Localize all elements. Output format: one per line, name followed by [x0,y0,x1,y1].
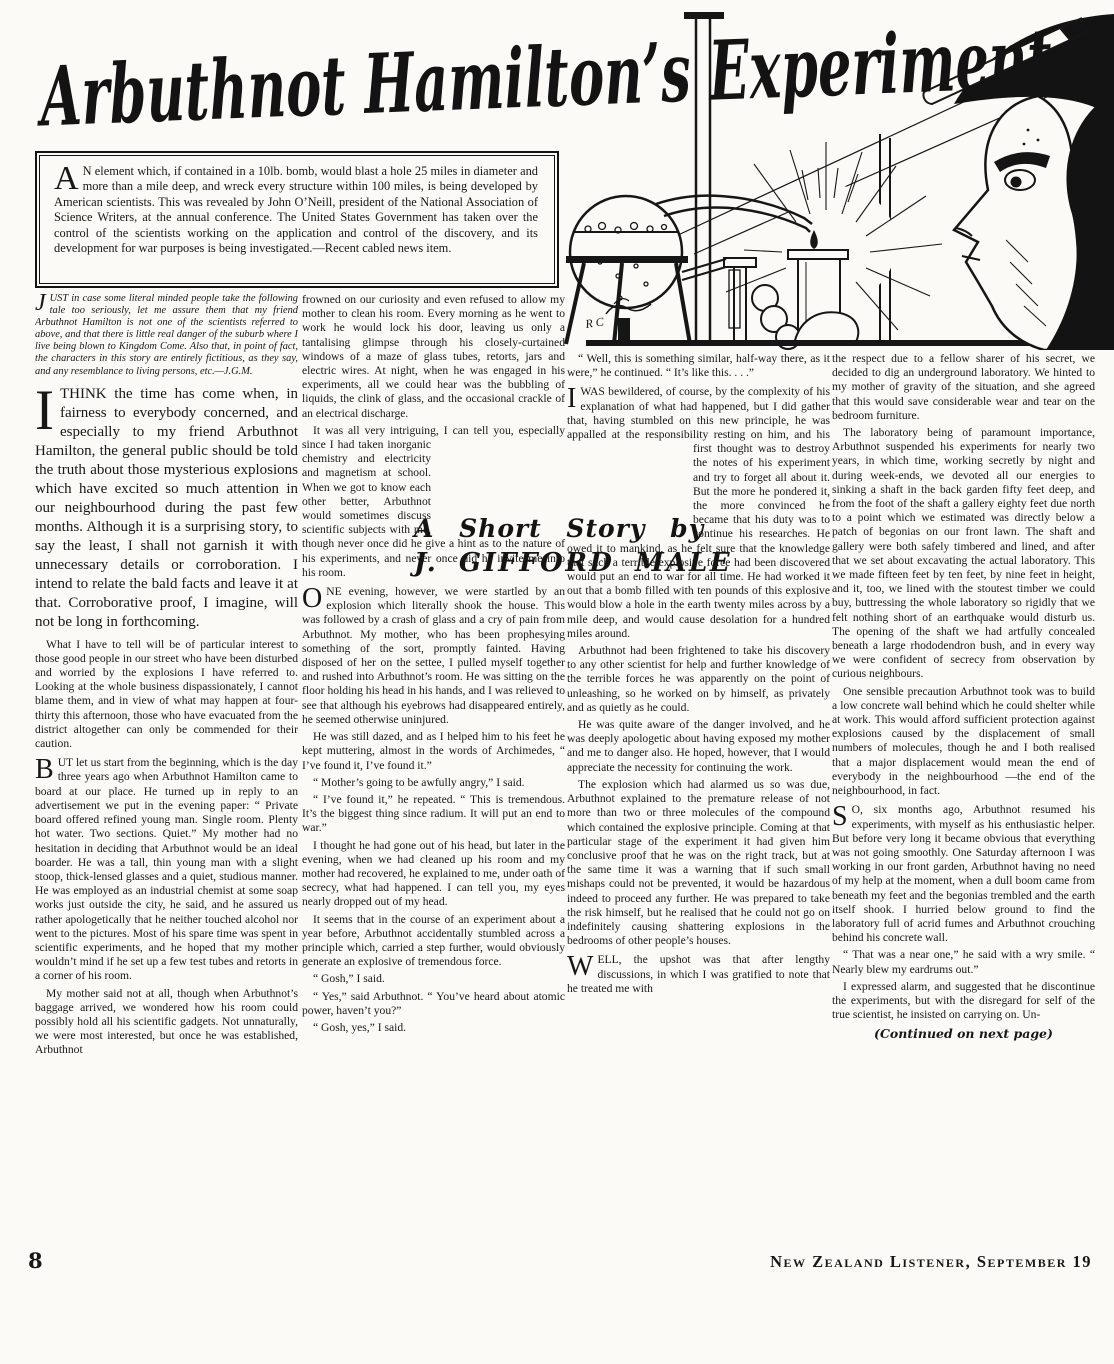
story-paragraph: “ Mother’s going to be awfully angry,” I… [302,776,565,790]
story-paragraph: “ Yes,” said Arbuthnot. “ You’ve heard a… [302,990,565,1018]
byline: A Short Story by J. GIFFORD MALE [414,514,724,578]
story-paragraph: It seems that in the course of an experi… [302,913,565,970]
story-paragraph: One sensible precaution Arbuthnot took w… [832,685,1095,799]
page-number: 8 [28,1248,43,1273]
story-paragraph: I expressed alarm, and suggested that he… [832,980,1095,1023]
magazine-page: { "page": { "title": "Arbuthnot Hamilton… [0,0,1114,1364]
news-dropcap: A [54,164,83,192]
text-wrap-spacer [431,438,565,526]
news-excerpt-box: AN element which, if contained in a 10lb… [35,151,559,288]
story-paragraph: He was quite aware of the danger involve… [567,718,830,775]
story-paragraph: frowned on our curiosity and even refuse… [302,293,565,421]
editor-note: JUST in case some literal minded people … [35,293,298,378]
story-paragraph: My mother said not at all, though when A… [35,987,298,1058]
story-paragraph: I thought he had gone out of his head, b… [302,839,565,910]
continued-note: (Continued on next page) [832,1027,1095,1041]
story-paragraph: “ Gosh, yes,” I said. [302,1021,565,1035]
ground-line [586,340,1038,346]
story-paragraph: “ I’ve found it,” he repeated. “ This is… [302,793,565,836]
story-paragraph: He was still dazed, and as I helped him … [302,730,565,773]
laboratory-illustration: R C [558,0,1114,350]
story-paragraph: “ That was a near one,” he said with a w… [832,948,1095,976]
story-paragraph: ONE evening, however, we were startled b… [302,585,565,727]
section-dropcap: W [567,953,597,978]
paragraph-text: NE evening, however, we were startled by… [302,585,565,726]
lead-dropcap: I [35,385,60,434]
intro-dropcap: J [35,293,50,313]
byline-author: J. GIFFORD MALE [414,548,724,578]
text-column-2: frowned on our curiosity and even refuse… [302,293,565,1250]
story-paragraph: The explosion which had alarmed us so wa… [567,778,830,948]
editor-note-text: UST in case some literal minded people t… [35,293,298,377]
section-dropcap: O [302,585,326,610]
small-stand [682,258,756,342]
story-paragraph: What I have to tell will be of particula… [35,638,298,752]
byline-line1: A Short Story by [414,514,724,543]
story-paragraph: “ Gosh,” I said. [302,972,565,986]
story-paragraph: The laboratory being of paramount import… [832,426,1095,682]
text-column-4: the respect due to a fellow sharer of hi… [832,352,1095,1250]
scientist-face [954,14,1114,350]
story-paragraph: WELL, the upshot was that after lengthy … [567,953,830,996]
story-paragraph: “ Well, this is something similar, half-… [567,352,830,380]
text-column-1: JUST in case some literal minded people … [35,293,298,1250]
section-dropcap: I [567,385,580,410]
lead-text: THINK the time has come when, in fairnes… [35,386,298,630]
news-excerpt-text: AN element which, if contained in a 10lb… [39,155,555,284]
text-column-3: “ Well, this is something similar, half-… [567,352,830,1257]
story-paragraph: Arbuthnot had been frightened to take hi… [567,644,830,715]
story-paragraph: ITHINK the time has come when, in fairne… [35,385,298,632]
news-body: N element which, if contained in a 10lb.… [54,164,538,255]
paragraph-text: O, six months ago, Arbuthnot resumed his… [832,803,1095,944]
story-paragraph: SO, six months ago, Arbuthnot resumed hi… [832,803,1095,945]
artist-signature: R C [583,314,605,331]
section-dropcap: S [832,803,852,828]
paragraph-text: ELL, the upshot was that after lengthy d… [567,953,830,994]
paragraph-text: UT let us start from the beginning, whic… [35,756,298,982]
story-paragraph: BUT let us start from the beginning, whi… [35,756,298,983]
story-paragraph: the respect due to a fellow sharer of hi… [832,352,1095,423]
section-dropcap: B [35,756,58,781]
